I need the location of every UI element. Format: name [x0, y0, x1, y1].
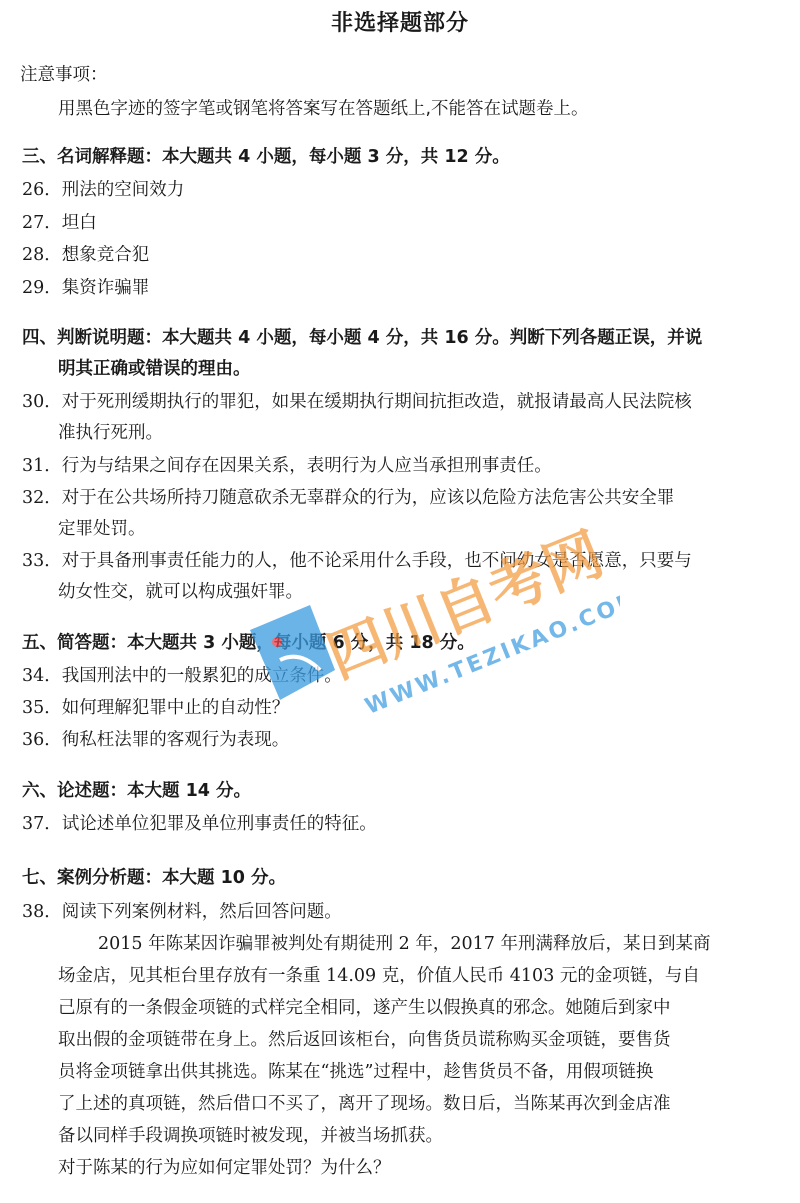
question-29: 29．集资诈骗罪 [22, 276, 149, 300]
section-heading-5: 五、简答题：本大题共 3 小题，每小题 6 分，共 18 分。 [22, 631, 475, 655]
case-line-7: 备以同样手段调换项链时被发现，并被当场抓获。 [58, 1124, 443, 1148]
question-27: 27．坦白 [22, 211, 97, 235]
question-36: 36．徇私枉法罪的客观行为表现。 [22, 728, 289, 752]
question-38-intro: 38．阅读下列案例材料，然后回答问题。 [22, 900, 342, 924]
case-line-4: 取出假的金项链带在身上。然后返回该柜台，向售货员谎称购买金项链，要售货 [58, 1028, 671, 1052]
section-heading-4-cont: 明其正确或错误的理由。 [58, 357, 251, 381]
section-heading-3: 三、名词解释题：本大题共 4 小题，每小题 3 分，共 12 分。 [22, 145, 510, 169]
notice-heading: 注意事项： [20, 63, 108, 87]
case-line-3: 己原有的一条假金项链的式样完全相同，遂产生以假换真的邪念。她随后到家中 [58, 996, 671, 1020]
section-heading-4: 四、判断说明题：本大题共 4 小题，每小题 4 分，共 16 分。判断下列各题正… [22, 326, 702, 350]
question-33-cont: 幼女性交，就可以构成强奸罪。 [58, 580, 303, 604]
question-30: 30．对于死刑缓期执行的罪犯，如果在缓期执行期间抗拒改造，就报请最高人民法院核 [22, 390, 692, 414]
question-32: 32．对于在公共场所持刀随意砍杀无辜群众的行为，应该以危险方法危害公共安全罪 [22, 486, 674, 510]
case-line-1: 2015 年陈某因诈骗罪被判处有期徒刑 2 年，2017 年刑满释放后，某日到某… [98, 932, 710, 956]
question-31: 31．行为与结果之间存在因果关系，表明行为人应当承担刑事责任。 [22, 454, 552, 478]
question-30-cont: 准执行死刑。 [58, 421, 163, 445]
question-33: 33．对于具备刑事责任能力的人，他不论采用什么手段，也不问幼女是否愿意，只要与 [22, 549, 692, 573]
case-line-5: 员将金项链拿出供其挑选。陈某在“挑选”过程中，趁售货员不备，用假项链换 [58, 1060, 653, 1084]
question-34: 34．我国刑法中的一般累犯的成立条件。 [22, 664, 342, 688]
question-28: 28．想象竞合犯 [22, 243, 149, 267]
question-26: 26．刑法的空间效力 [22, 178, 184, 202]
exam-page: 非选择题部分 注意事项： 用黑色字迹的签字笔或钢笔将答案写在答题纸上,不能答在试… [0, 0, 800, 1203]
case-line-6: 了上述的真项链，然后借口不买了，离开了现场。数日后，当陈某再次到金店准 [58, 1092, 671, 1116]
case-question: 对于陈某的行为应如何定罪处罚？为什么？ [58, 1156, 391, 1180]
watermark-logo-text: 四川自考网 [318, 520, 612, 691]
question-37: 37．试论述单位犯罪及单位刑事责任的特征。 [22, 812, 377, 836]
question-35: 35．如何理解犯罪中止的自动性？ [22, 696, 289, 720]
question-32-cont: 定罪处罚。 [58, 517, 146, 541]
section-heading-6: 六、论述题：本大题 14 分。 [22, 779, 251, 803]
section-heading-7: 七、案例分析题：本大题 10 分。 [22, 866, 286, 890]
notice-text: 用黑色字迹的签字笔或钢笔将答案写在答题纸上,不能答在试题卷上。 [58, 97, 589, 121]
case-line-2: 场金店，见其柜台里存放有一条重 14.09 克，价值人民币 4103 元的金项链… [58, 964, 700, 988]
page-title: 非选择题部分 [0, 6, 800, 37]
